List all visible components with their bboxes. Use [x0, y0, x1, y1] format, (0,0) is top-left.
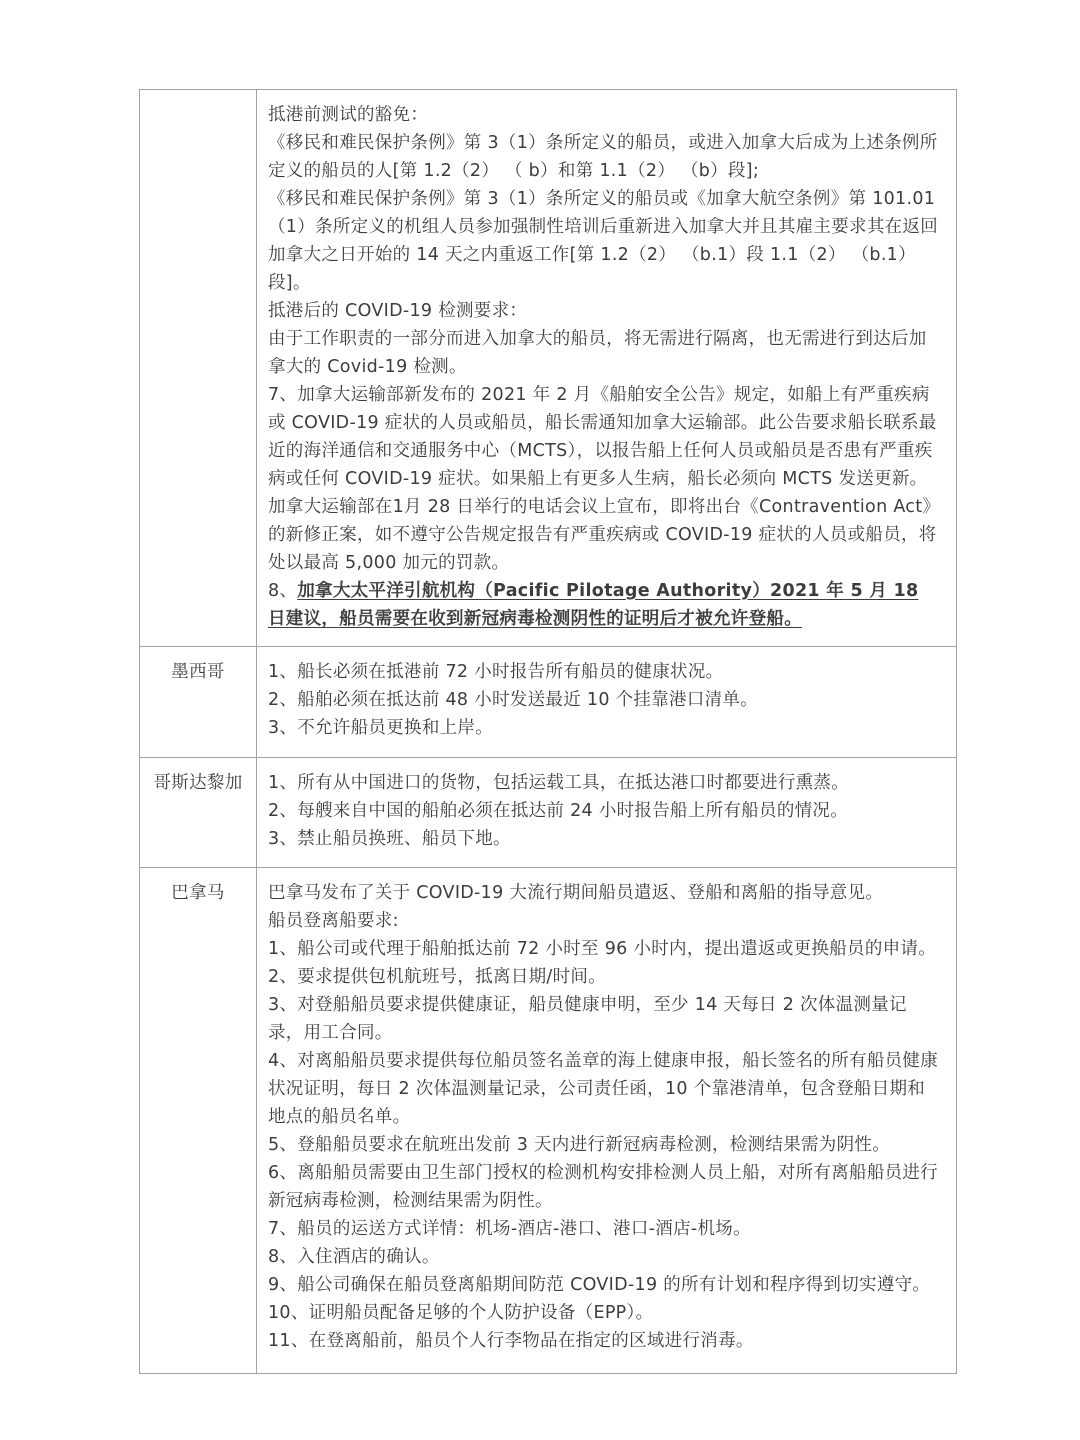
regulation-paragraph: 1、所有从中国进口的货物，包括运载工具，在抵达港口时都要进行熏蒸。 — [268, 769, 940, 797]
country-cell: 巴拿马 — [140, 868, 257, 1373]
regulation-text: 7、船员的运送方式详情：机场-酒店-港口、港口-酒店-机场。 — [268, 1219, 751, 1239]
regulation-paragraph: 11、在登离船前，船员个人行李物品在指定的区域进行消毒。 — [268, 1327, 940, 1355]
regulation-paragraph: 抵港后的 COVID-19 检测要求： — [268, 297, 940, 325]
regulation-text: 3、不允许船员更换和上岸。 — [268, 718, 493, 738]
regulation-paragraph: 5、登船船员要求在航班出发前 3 天内进行新冠病毒检测，检测结果需为阴性。 — [268, 1131, 940, 1159]
regulation-text: 抵港前测试的豁免： — [268, 105, 428, 125]
regulation-paragraph: 1、船长必须在抵港前 72 小时报告所有船员的健康状况。 — [268, 658, 940, 686]
regulation-paragraph: 船员登离船要求: — [268, 907, 940, 935]
regulation-paragraph: 3、禁止船员换班、船员下地。 — [268, 825, 940, 853]
regulation-paragraph: 10、证明船员配备足够的个人防护设备（EPP）。 — [268, 1299, 940, 1327]
document-page: 抵港前测试的豁免：《移民和难民保护条例》第 3（1）条所定义的船员，或进入加拿大… — [0, 0, 1080, 1440]
regulation-text: 9、船公司确保在船员登离船期间防范 COVID-19 的所有计划和程序得到切实遵… — [268, 1275, 930, 1295]
regulation-text: 8、入住酒店的确认。 — [268, 1247, 440, 1267]
regulation-paragraph: 6、离船船员需要由卫生部门授权的检测机构安排检测人员上船，对所有离船船员进行新冠… — [268, 1159, 940, 1215]
country-cell — [140, 90, 257, 646]
country-cell: 哥斯达黎加 — [140, 758, 257, 867]
regulation-paragraph: 8、加拿大太平洋引航机构（Pacific Pilotage Authority）… — [268, 577, 940, 633]
regulation-text: 《移民和难民保护条例》第 3（1）条所定义的船员，或进入加拿大后成为上述条例所定… — [268, 133, 938, 181]
regulation-text: 2、船舶必须在抵达前 48 小时发送最近 10 个挂靠港口清单。 — [268, 690, 758, 710]
regulation-paragraph: 抵港前测试的豁免： — [268, 101, 940, 129]
regulation-text: 4、对离船船员要求提供每位船员签名盖章的海上健康申报，船长签名的所有船员健康状况… — [268, 1051, 938, 1127]
regulation-text: 3、禁止船员换班、船员下地。 — [268, 829, 511, 849]
regulations-cell: 抵港前测试的豁免：《移民和难民保护条例》第 3（1）条所定义的船员，或进入加拿大… — [257, 90, 956, 646]
regulation-text: 巴拿马发布了关于 COVID-19 大流行期间船员遣返、登船和离船的指导意见。 — [268, 883, 883, 903]
regulation-text: 1、船长必须在抵港前 72 小时报告所有船员的健康状况。 — [268, 662, 723, 682]
regulation-paragraph: 2、船舶必须在抵达前 48 小时发送最近 10 个挂靠港口清单。 — [268, 686, 940, 714]
regulation-text: 6、离船船员需要由卫生部门授权的检测机构安排检测人员上船，对所有离船船员进行新冠… — [268, 1163, 938, 1211]
table-row: 哥斯达黎加1、所有从中国进口的货物，包括运载工具，在抵达港口时都要进行熏蒸。2、… — [140, 757, 956, 867]
regulation-text: 5、登船船员要求在航班出发前 3 天内进行新冠病毒检测，检测结果需为阴性。 — [268, 1135, 890, 1155]
regulation-text: 3、对登船船员要求提供健康证，船员健康申明，至少 14 天每日 2 次体温测量记… — [268, 995, 907, 1043]
regulation-paragraph: 7、加拿大运输部新发布的 2021 年 2 月《船舶安全公告》规定，如船上有严重… — [268, 381, 940, 577]
port-regulations-table: 抵港前测试的豁免：《移民和难民保护条例》第 3（1）条所定义的船员，或进入加拿大… — [139, 89, 957, 1374]
regulation-text: 7、加拿大运输部新发布的 2021 年 2 月《船舶安全公告》规定，如船上有严重… — [268, 385, 937, 573]
regulation-text: 由于工作职责的一部分而进入加拿大的船员，将无需进行隔离，也无需进行到达后加拿大的… — [268, 329, 927, 377]
regulation-paragraph: 《移民和难民保护条例》第 3（1）条所定义的船员或《加拿大航空条例》第 101.… — [268, 185, 940, 297]
regulation-text: 船员登离船要求: — [268, 911, 399, 931]
regulation-text: 抵港后的 COVID-19 检测要求： — [268, 301, 527, 321]
table-row: 墨西哥1、船长必须在抵港前 72 小时报告所有船员的健康状况。2、船舶必须在抵达… — [140, 646, 956, 757]
regulations-cell: 巴拿马发布了关于 COVID-19 大流行期间船员遣返、登船和离船的指导意见。船… — [257, 868, 956, 1373]
regulation-text: 11、在登离船前，船员个人行李物品在指定的区域进行消毒。 — [268, 1331, 754, 1351]
regulation-paragraph: 7、船员的运送方式详情：机场-酒店-港口、港口-酒店-机场。 — [268, 1215, 940, 1243]
regulation-paragraph: 3、对登船船员要求提供健康证，船员健康申明，至少 14 天每日 2 次体温测量记… — [268, 991, 940, 1047]
table-row: 巴拿马巴拿马发布了关于 COVID-19 大流行期间船员遣返、登船和离船的指导意… — [140, 867, 956, 1373]
table-row: 抵港前测试的豁免：《移民和难民保护条例》第 3（1）条所定义的船员，或进入加拿大… — [140, 90, 956, 646]
regulation-paragraph: 由于工作职责的一部分而进入加拿大的船员，将无需进行隔离，也无需进行到达后加拿大的… — [268, 325, 940, 381]
regulations-cell: 1、所有从中国进口的货物，包括运载工具，在抵达港口时都要进行熏蒸。2、每艘来自中… — [257, 758, 956, 867]
regulation-text: 10、证明船员配备足够的个人防护设备（EPP）。 — [268, 1303, 653, 1323]
regulations-cell: 1、船长必须在抵港前 72 小时报告所有船员的健康状况。2、船舶必须在抵达前 4… — [257, 647, 956, 757]
regulation-paragraph: 9、船公司确保在船员登离船期间防范 COVID-19 的所有计划和程序得到切实遵… — [268, 1271, 940, 1299]
regulation-text: 2、要求提供包机航班号，抵离日期/时间。 — [268, 967, 606, 987]
regulation-paragraph: 4、对离船船员要求提供每位船员签名盖章的海上健康申报，船长签名的所有船员健康状况… — [268, 1047, 940, 1131]
regulation-paragraph: 8、入住酒店的确认。 — [268, 1243, 940, 1271]
regulation-text: 8、 — [268, 581, 297, 601]
regulation-text: 《移民和难民保护条例》第 3（1）条所定义的船员或《加拿大航空条例》第 101.… — [268, 189, 938, 293]
regulation-paragraph: 1、船公司或代理于船舶抵达前 72 小时至 96 小时内，提出遣返或更换船员的申… — [268, 935, 940, 963]
regulation-paragraph: 《移民和难民保护条例》第 3（1）条所定义的船员，或进入加拿大后成为上述条例所定… — [268, 129, 940, 185]
regulation-text: 1、所有从中国进口的货物，包括运载工具，在抵达港口时都要进行熏蒸。 — [268, 773, 849, 793]
highlighted-regulation-text: 加拿大太平洋引航机构（Pacific Pilotage Authority）20… — [268, 581, 919, 629]
regulation-paragraph: 2、每艘来自中国的船舶必须在抵达前 24 小时报告船上所有船员的情况。 — [268, 797, 940, 825]
regulation-paragraph: 2、要求提供包机航班号，抵离日期/时间。 — [268, 963, 940, 991]
regulation-text: 2、每艘来自中国的船舶必须在抵达前 24 小时报告船上所有船员的情况。 — [268, 801, 848, 821]
regulation-paragraph: 3、不允许船员更换和上岸。 — [268, 714, 940, 742]
country-cell: 墨西哥 — [140, 647, 257, 757]
regulation-paragraph: 巴拿马发布了关于 COVID-19 大流行期间船员遣返、登船和离船的指导意见。 — [268, 879, 940, 907]
regulation-text: 1、船公司或代理于船舶抵达前 72 小时至 96 小时内，提出遣返或更换船员的申… — [268, 939, 936, 959]
